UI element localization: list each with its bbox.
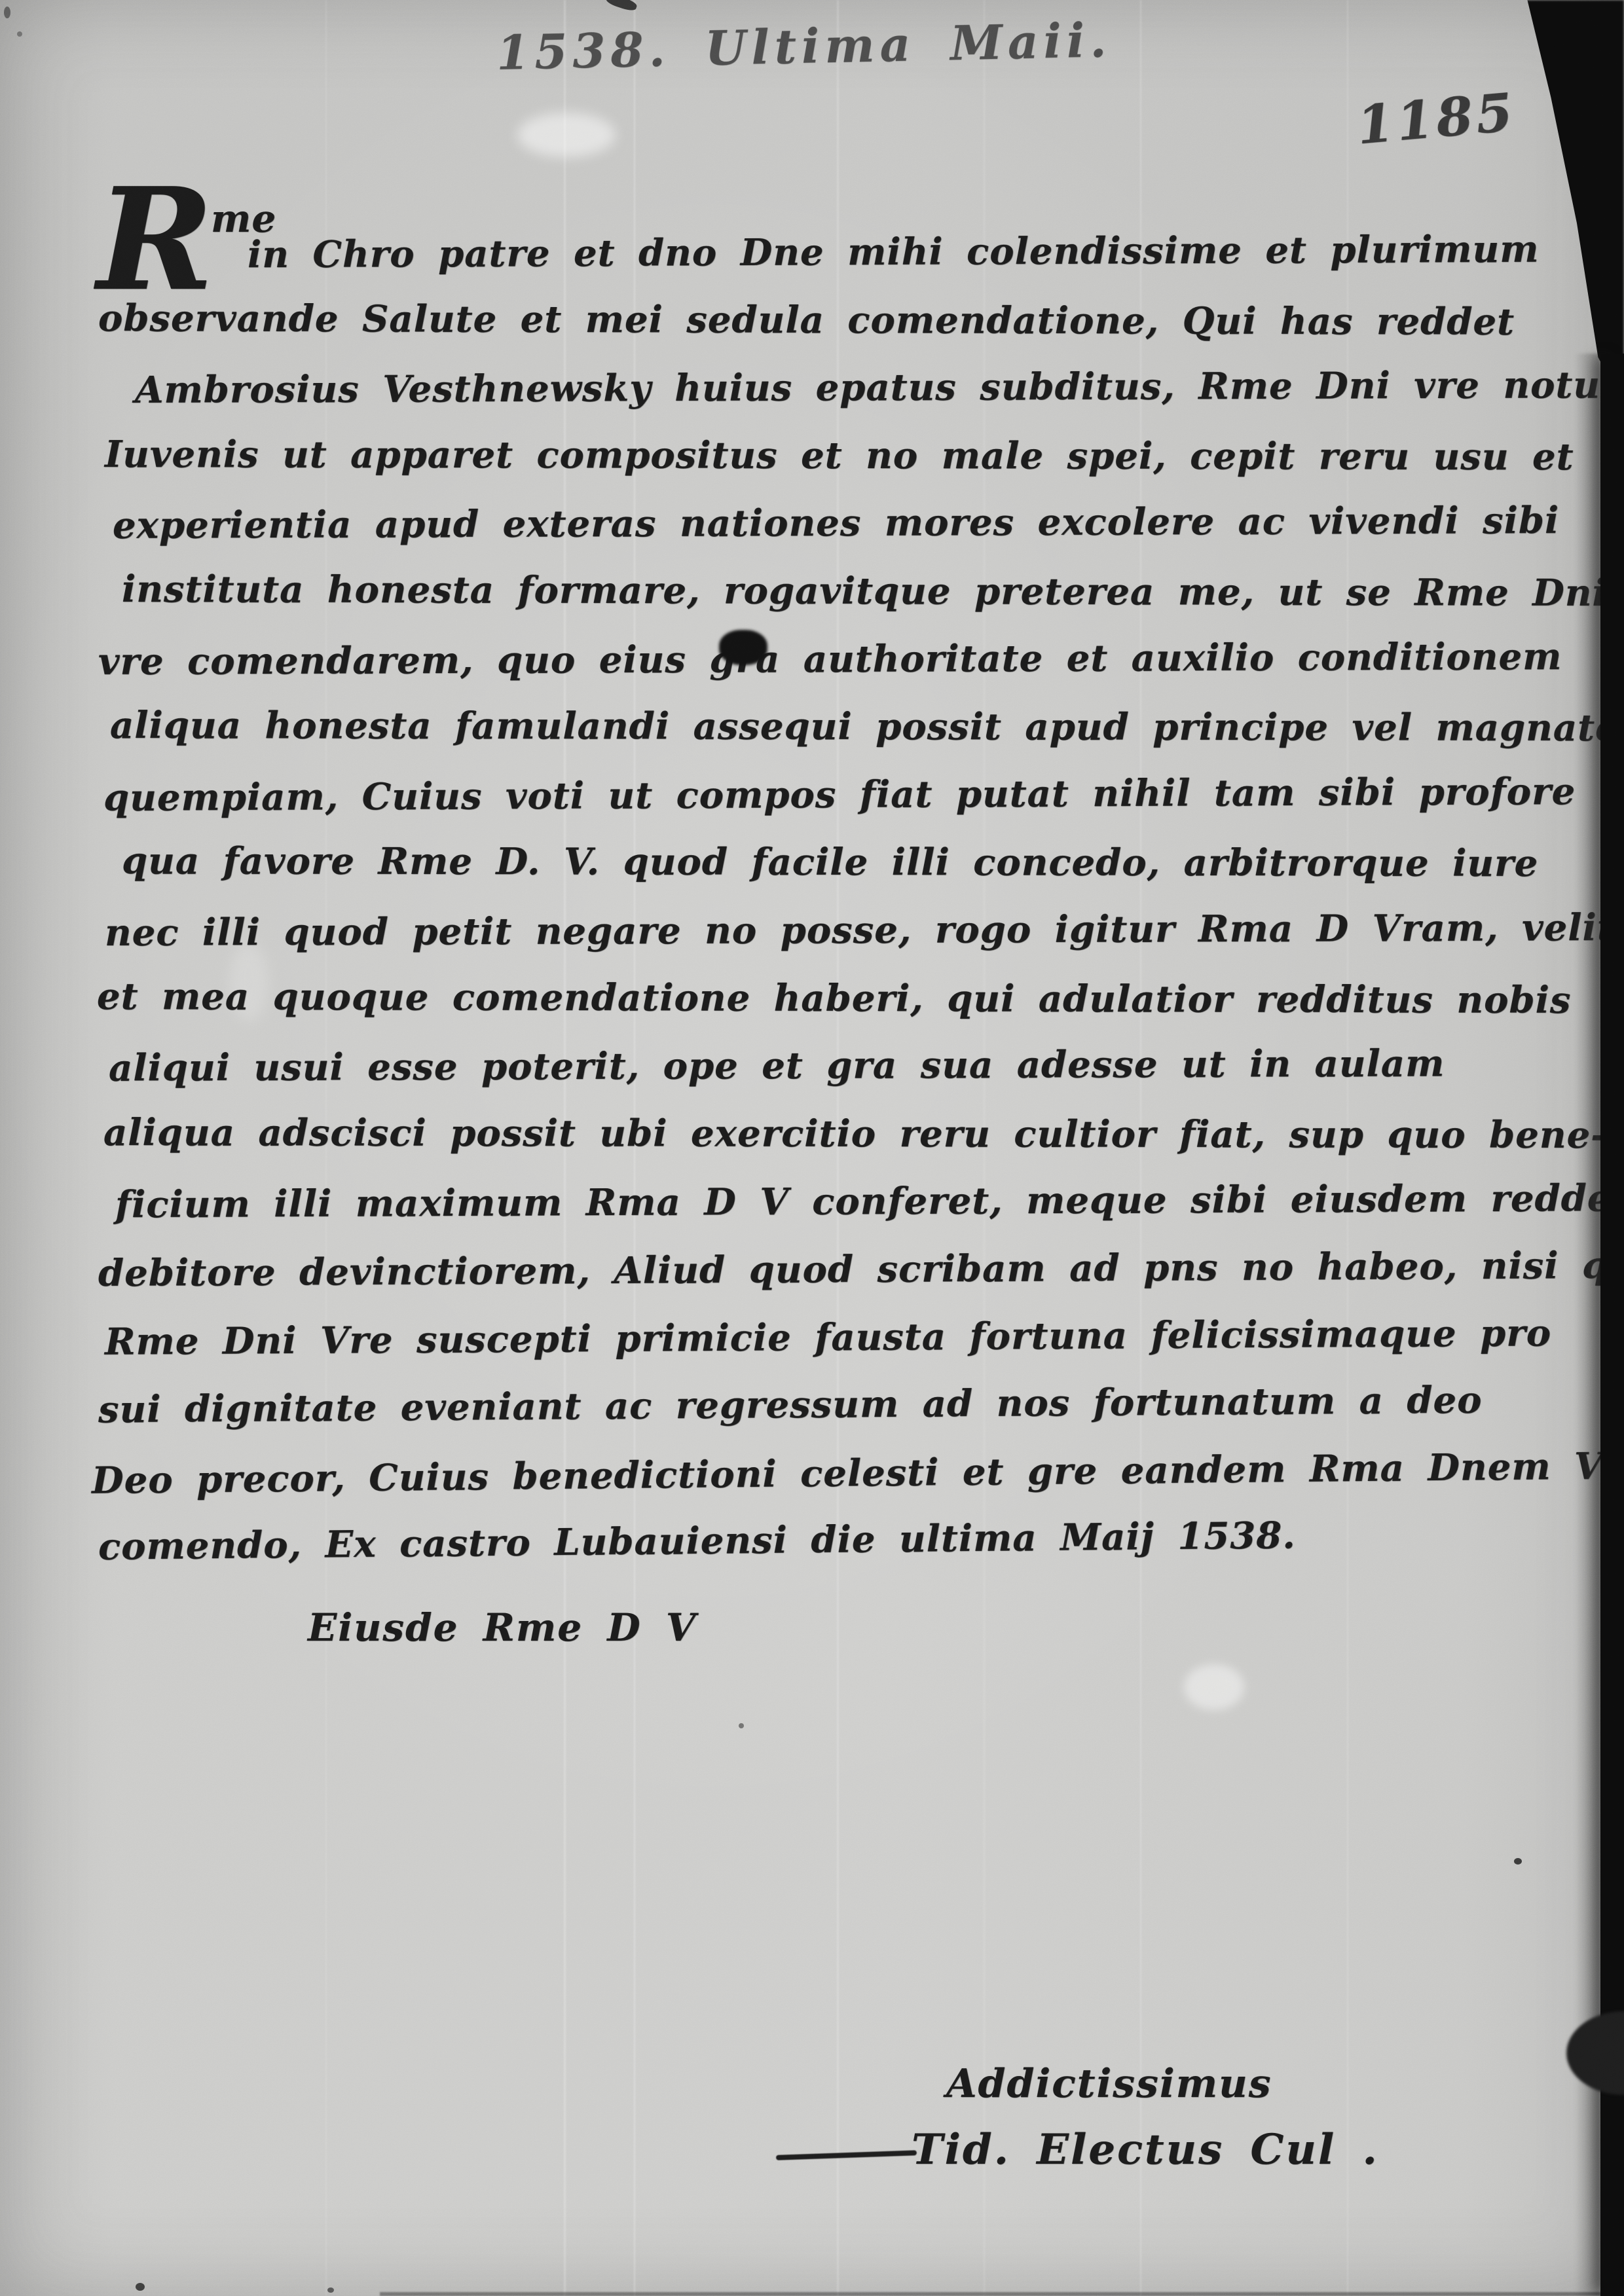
illuminated-initial: R	[97, 169, 214, 310]
manuscript-line: aliqua adscisci possit ubi exercitio rer…	[103, 1111, 1607, 1157]
signature: Tid. Electus Cul .	[912, 2125, 1379, 2174]
ink-speck	[605, 0, 638, 12]
manuscript-line: Iuvenis ut apparet compositus et no male…	[105, 433, 1574, 479]
manuscript-line: Ambrosius Vesthnewsky huius epatus subdi…	[135, 363, 1622, 412]
manuscript-line: observande Salute et mei sedula comendat…	[98, 297, 1515, 344]
manuscript-line: Deo precor, Cuius benedictioni celesti e…	[92, 1444, 1624, 1502]
signature-flourish	[776, 2150, 917, 2160]
scan-edge-shadow	[1574, 354, 1600, 2296]
manuscript-line: qua favore Rme D. V. quod facile illi co…	[122, 839, 1538, 885]
ink-speck	[327, 2287, 334, 2293]
scan-dark-edge	[1600, 354, 1624, 2296]
manuscript-line: Rme Dni Vre suscepti primicie fausta for…	[105, 1311, 1551, 1363]
scan-dark-corner	[1506, 0, 1624, 406]
folio-number: 1185	[1354, 81, 1518, 156]
ink-speck	[136, 2283, 145, 2291]
manuscript-line: in Chro patre et dno Dne mihi colendissi…	[248, 228, 1540, 277]
manuscript-line: quempiam, Cuius voti ut compos fiat puta…	[103, 770, 1576, 820]
ink-speck	[17, 31, 22, 37]
manuscript-line: vre comendarem, quo eius gra authoritate…	[98, 635, 1562, 683]
manuscript-line: comendo, Ex castro Lubauiensi die ultima…	[98, 1514, 1296, 1569]
ink-speck	[1514, 1858, 1522, 1865]
archival-date-note: 1538. Ultima Maii.	[496, 12, 1112, 81]
manuscript-line: aliqui usui esse poterit, ope et gra sua…	[109, 1042, 1445, 1089]
scan-bottom-edge	[380, 2292, 1624, 2296]
manuscript-page: 1538. Ultima Maii. 1185 R me in Chro pat…	[0, 0, 1624, 2296]
ink-speck	[4, 7, 10, 18]
manuscript-line: nec illi quod petit negare no posse, rog…	[105, 906, 1615, 955]
manuscript-line: ficium illi maximum Rma D V conferet, me…	[115, 1176, 1624, 1227]
ink-blot	[719, 630, 767, 665]
subscription-line: Eiusde Rme D V	[308, 1605, 697, 1650]
manuscript-line: et mea quoque comendatione haberi, qui a…	[97, 975, 1572, 1022]
manuscript-line: aliqua honesta famulandi assequi possit …	[110, 704, 1619, 750]
manuscript-line: experientia apud exteras nationes mores …	[113, 499, 1560, 547]
valediction: Addictissimus	[946, 2061, 1272, 2107]
manuscript-line: instituta honesta formare, rogavitque pr…	[122, 568, 1607, 615]
light-spot	[517, 113, 616, 157]
manuscript-line: debitore devinctiorem, Aliud quod scriba…	[98, 1244, 1624, 1295]
manuscript-line: sui dignitate eveniant ac regressum ad n…	[98, 1379, 1483, 1432]
light-spot	[1184, 1664, 1244, 1710]
ink-speck	[739, 1723, 744, 1728]
